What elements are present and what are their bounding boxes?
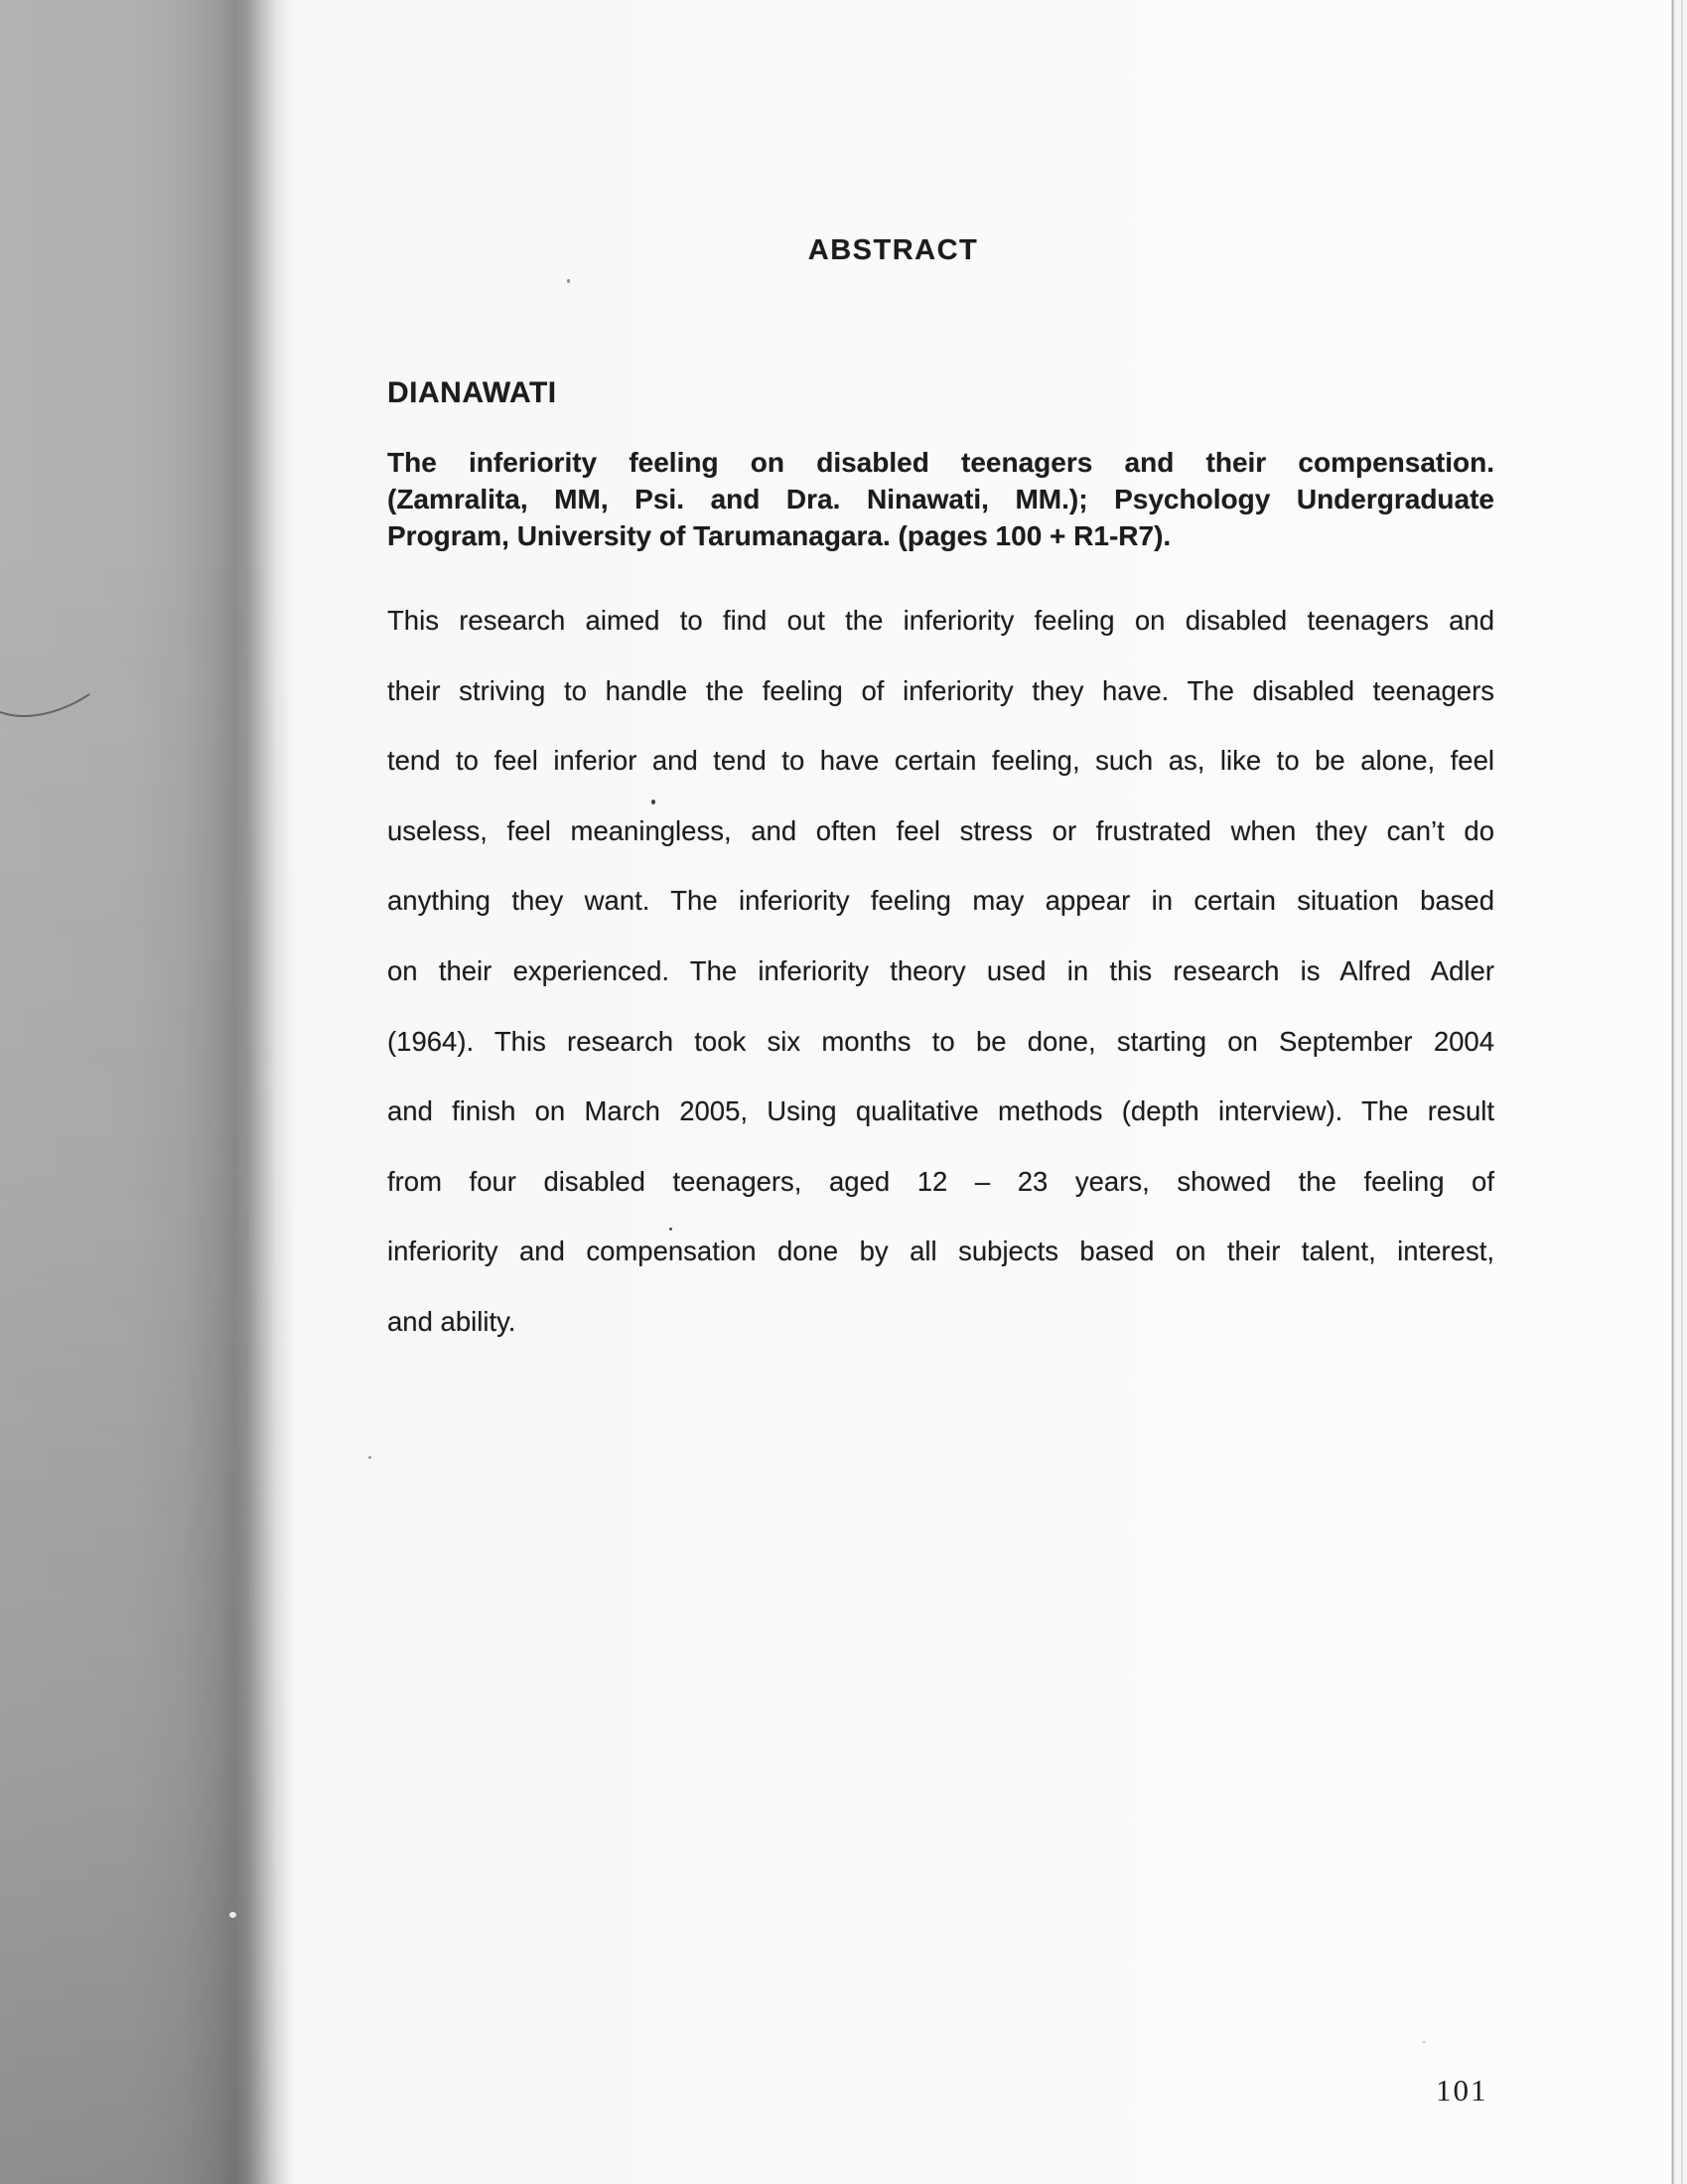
thesis-citation-line: (Zamralita, MM, Psi. and Dra. Ninawati, …: [387, 481, 1494, 517]
thesis-citation-line: The inferiority feeling on disabled teen…: [387, 444, 1494, 481]
body-line: their striving to handle the feeling of …: [387, 656, 1494, 727]
body-line: on their experienced. The inferiority th…: [387, 937, 1494, 1007]
page-edge-line-outer: [1681, 0, 1683, 2184]
scanned-thesis-page: ABSTRACT DIANAWATI The inferiority feeli…: [0, 0, 1687, 2184]
abstract-body: This research aimed to find out the infe…: [387, 586, 1494, 1358]
body-line: anything they want. The inferiority feel…: [387, 866, 1494, 937]
abstract-content: ABSTRACT DIANAWATI The inferiority feeli…: [387, 0, 1494, 2184]
body-line: tend to feel inferior and tend to have c…: [387, 726, 1494, 797]
author-name: DIANAWATI: [387, 376, 557, 410]
body-line: and finish on March 2005, Using qualitat…: [387, 1077, 1494, 1147]
ink-speck: [368, 1456, 371, 1459]
page-title: ABSTRACT: [340, 234, 1447, 267]
dust-speck: [229, 1912, 236, 1918]
body-line: This research aimed to find out the infe…: [387, 586, 1494, 656]
page-edge-line: [1671, 0, 1674, 2184]
scanner-hair-artifact: [0, 0, 119, 755]
body-line: and ability.: [387, 1287, 1494, 1358]
page-number: 101: [1436, 2075, 1488, 2106]
thesis-citation-line: Program, University of Tarumanagara. (pa…: [387, 517, 1494, 554]
body-line: from four disabled teenagers, aged 12 – …: [387, 1147, 1494, 1218]
body-line: inferiority and compensation done by all…: [387, 1217, 1494, 1287]
thesis-citation: The inferiority feeling on disabled teen…: [387, 444, 1494, 554]
body-line: (1964). This research took six months to…: [387, 1007, 1494, 1078]
body-line: useless, feel meaningless, and often fee…: [387, 797, 1494, 867]
